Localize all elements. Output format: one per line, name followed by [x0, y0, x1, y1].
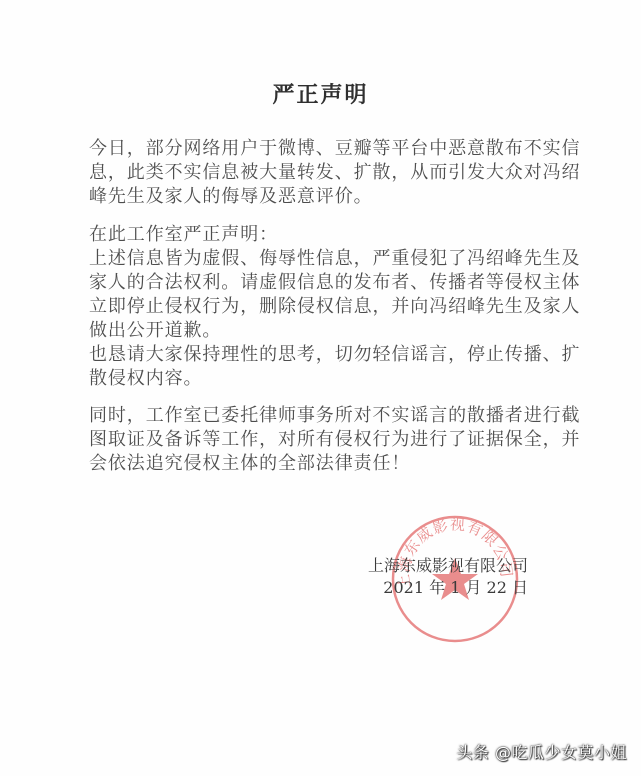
document-page: 严正声明 今日，部分网络用户于微博、豆瓣等平台中恶意散布不实信 息，此类不实信息…	[0, 0, 641, 776]
paragraph-line: 息，此类不实信息被大量转发、扩散，从而引发大众对冯绍	[89, 161, 535, 185]
paragraph-intro: 今日，部分网络用户于微博、豆瓣等平台中恶意散布不实信 息，此类不实信息被大量转发…	[89, 137, 535, 209]
watermark: 头条 @吃瓜少女莫小姐	[456, 740, 627, 763]
paragraph-legal: 同时，工作室已委托律师事务所对不实谣言的散播者进行截 图取证及备诉等工作，对所有…	[89, 404, 535, 476]
document-title: 严正声明	[0, 78, 641, 109]
paragraph-line: 今日，部分网络用户于微博、豆瓣等平台中恶意散布不实信	[89, 137, 535, 161]
paragraph-line: 也恳请大家保持理性的思考，切勿轻信谣言，停止传播、扩	[89, 343, 535, 367]
paragraph-line: 图取证及备诉等工作，对所有侵权行为进行了证据保全，并	[89, 428, 535, 452]
paragraph-line: 上述信息皆为虚假、侮辱性信息，严重侵犯了冯绍峰先生及	[89, 247, 535, 271]
paragraph-line: 家人的合法权利。请虚假信息的发布者、传播者等侵权主体	[89, 271, 535, 295]
signature-date: 2021 年 1 月 22 日	[358, 577, 528, 599]
paragraph-line: 在此工作室严正声明：	[89, 223, 535, 247]
paragraph-line: 峰先生及家人的侮辱及恶意评价。	[89, 185, 535, 209]
paragraph-line: 散侵权内容。	[89, 367, 535, 391]
paragraph-statement: 在此工作室严正声明： 上述信息皆为虚假、侮辱性信息，严重侵犯了冯绍峰先生及 家人…	[89, 223, 535, 391]
signature-company: 上海东威影视有限公司	[358, 555, 528, 577]
paragraph-line: 会依法追究侵权主体的全部法律责任！	[89, 452, 535, 476]
signature-block: 上海东威影视有限公司 2021 年 1 月 22 日	[358, 555, 528, 599]
paragraph-line: 同时，工作室已委托律师事务所对不实谣言的散播者进行截	[89, 404, 535, 428]
paragraph-line: 立即停止侵权行为，删除侵权信息，并向冯绍峰先生及家人	[89, 295, 535, 319]
paragraph-line: 做出公开道歉。	[89, 319, 535, 343]
